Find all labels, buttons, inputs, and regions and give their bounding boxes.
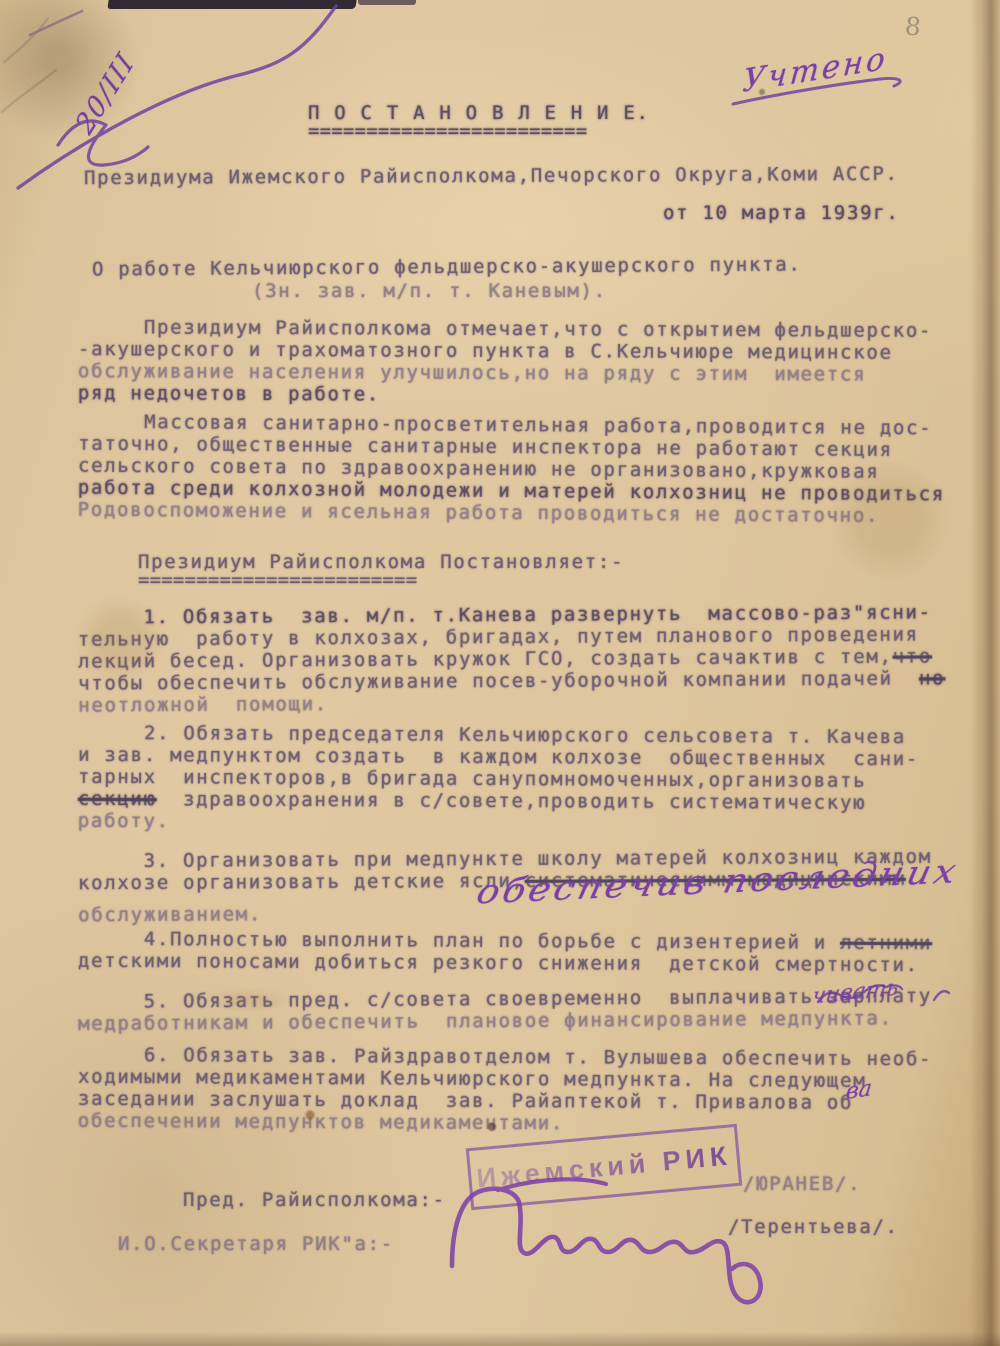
subject-line: О работе Кельчиюрского фельдшерско-акуше… bbox=[92, 254, 802, 281]
issuing-body-line: Президиума Ижемского Райисполкома,Печорс… bbox=[84, 163, 899, 189]
handwritten-date-annotation: 20/III bbox=[71, 46, 141, 140]
page-number-pencil: 8 bbox=[904, 11, 923, 42]
paragraph-2: Массовая санитарно-просветительная работ… bbox=[78, 411, 946, 528]
item-2: 2. Обязать председателя Кельчиюрского се… bbox=[78, 722, 919, 836]
topleft-flourish-stroke bbox=[18, 6, 336, 188]
typed-text: колхозе организовать детские ясли, bbox=[78, 870, 525, 894]
typed-line: обеспечении медпунктов медикаментами. bbox=[78, 1110, 932, 1136]
rik-stamp: Ижемский РИК bbox=[466, 1124, 742, 1210]
topleft-small-stroke bbox=[30, 11, 82, 35]
typed-line: неотложной помощи. bbox=[78, 689, 945, 716]
item-1: 1. Обязать зав. м/п. т.Канева развернуть… bbox=[78, 601, 946, 716]
struck-word: летними bbox=[840, 932, 932, 954]
signature-name-chairman: /ЮРАНЕВ/. bbox=[743, 1173, 861, 1195]
item-5: 5. Обязать пред. с/совета своевременно в… bbox=[78, 985, 932, 1035]
pencil-corner-marks bbox=[2, 18, 56, 112]
rik-stamp-text: Ижемский РИК bbox=[475, 1140, 732, 1194]
struck-word: что bbox=[893, 645, 933, 667]
typed-line: ряд недочетов в работе. bbox=[78, 382, 932, 408]
signature-label-chairman: Пред. Райисполкома:- bbox=[183, 1189, 446, 1211]
document-page: П О С Т А Н О В Л Е Н И Е. =============… bbox=[0, 0, 1000, 1346]
handwritten-privalov-correction: ва bbox=[845, 1076, 873, 1105]
signature-label-secretary: И.О.Секретаря РИК"а:- bbox=[118, 1233, 394, 1255]
item-6: 6. Обязать зав. Райздравотделом т. Вулыш… bbox=[78, 1044, 932, 1136]
item5-ink-tick bbox=[934, 991, 949, 1000]
paragraph-1: Президиум Райисполкома отмечает,что с от… bbox=[78, 316, 932, 408]
signature-name-secretary: /Терентьева/. bbox=[728, 1216, 899, 1238]
handwritten-note-uchteno: Учтено bbox=[741, 40, 889, 100]
item-4: 4.Полностью выполнить план по борьбе с д… bbox=[78, 928, 932, 976]
document-date: от 10 марта 1939г. bbox=[663, 202, 900, 224]
resolve-underline: ======================== bbox=[138, 569, 417, 591]
subject-subline: (Зн. зав. м/п. т. Каневым). bbox=[252, 280, 607, 302]
typed-line: работу. bbox=[78, 810, 919, 836]
typed-line: медработникам и обеспечить плановое фина… bbox=[78, 1007, 932, 1035]
title-underline: ======================== bbox=[308, 120, 587, 142]
topleft-scribble bbox=[58, 121, 148, 165]
struck-word: но bbox=[919, 667, 945, 689]
page-right-edge bbox=[970, 0, 1000, 1346]
page-bottom-edge bbox=[0, 1332, 1000, 1346]
typed-line: детскими поносами добиться резкого сниже… bbox=[78, 950, 932, 976]
struck-word: секцию bbox=[78, 788, 157, 810]
page-top-torn-edge bbox=[107, 0, 356, 9]
page-top-torn-edge-small bbox=[358, 0, 416, 5]
